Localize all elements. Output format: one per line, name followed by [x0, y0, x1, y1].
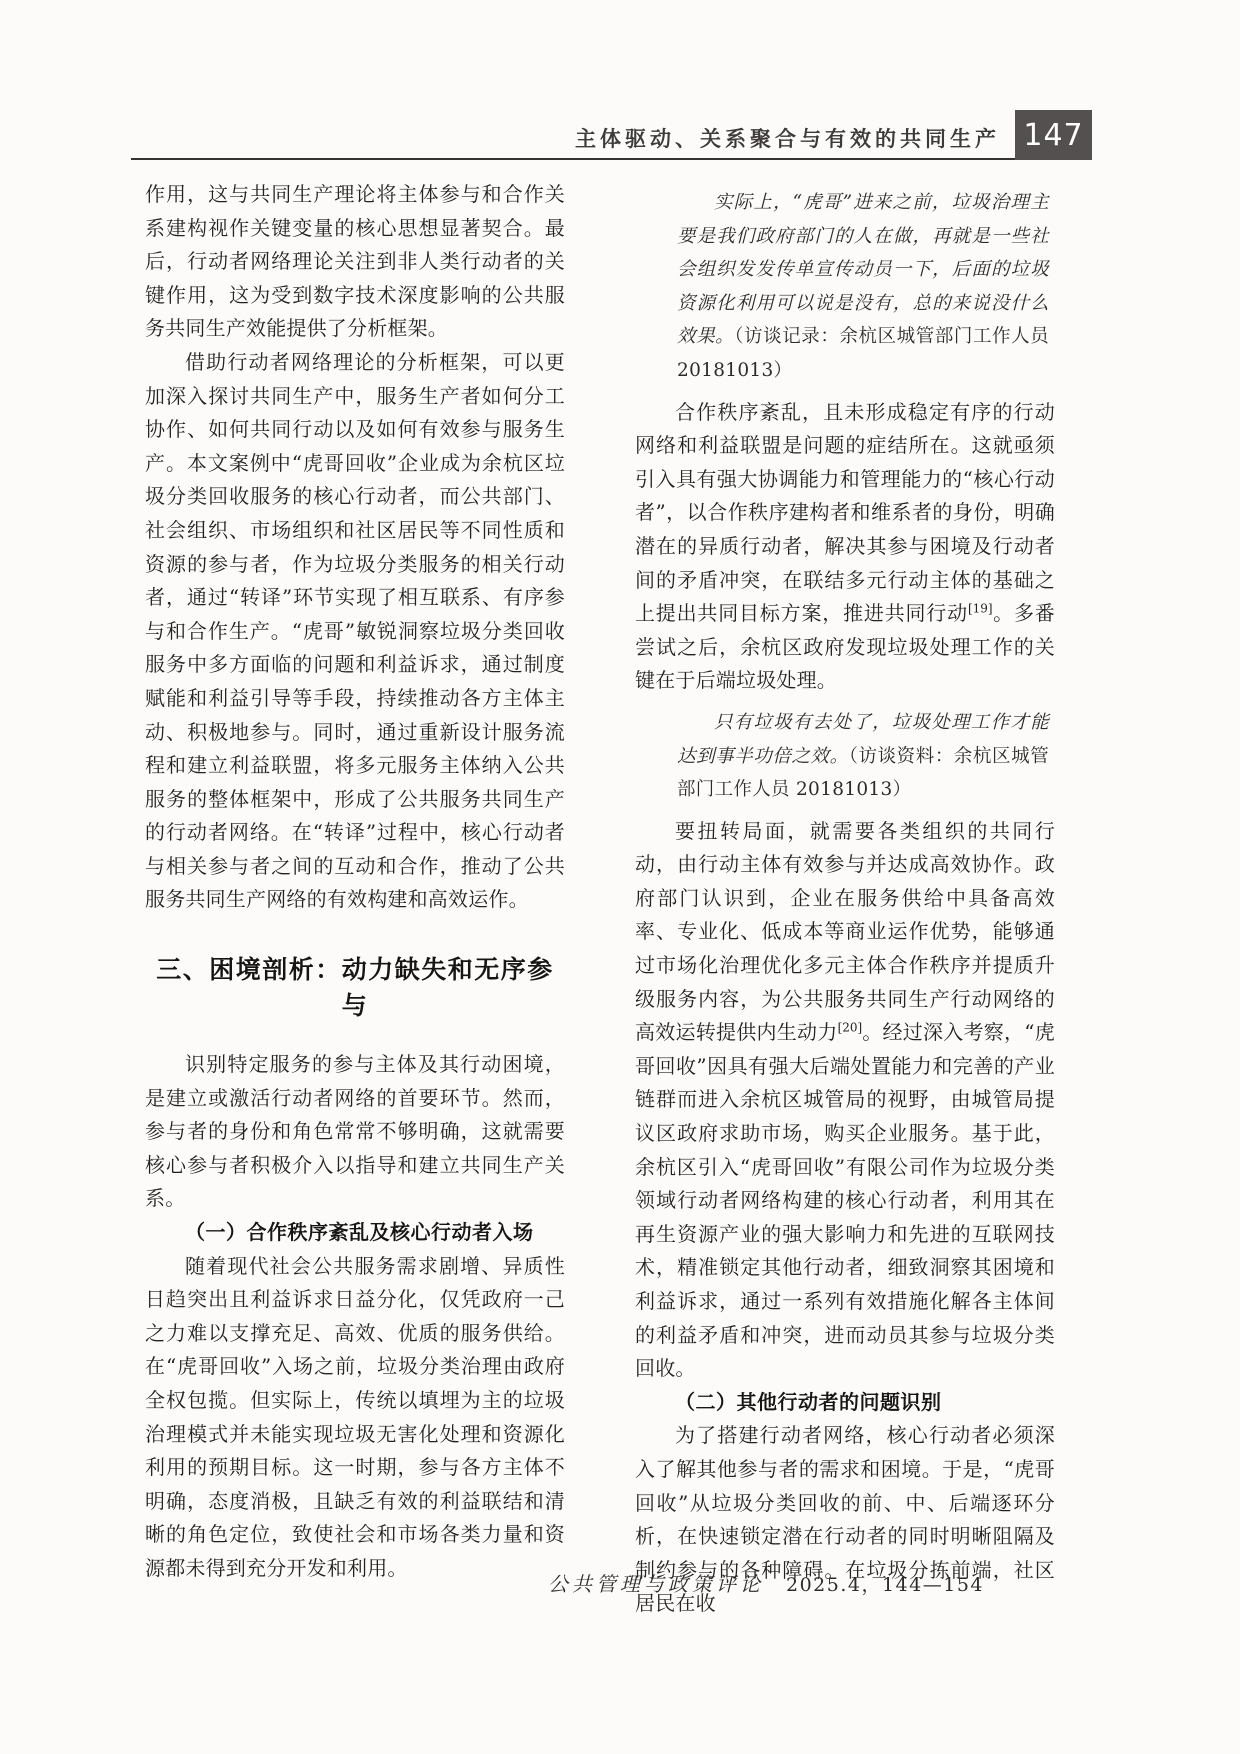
body-paragraph: 合作秩序紊乱，且未形成稳定有序的行动网络和利益联盟是问题的症结所在。这就亟须引入…: [635, 396, 1055, 698]
body-paragraph: 随着现代社会公共服务需求剧增、异质性日趋突出且利益诉求日益分化，仅凭政府一己之力…: [145, 1250, 565, 1586]
subsection-heading: （一）合作秩序紊乱及核心行动者入场: [145, 1216, 565, 1250]
body-paragraph: 借助行动者网络理论的分析框架，可以更加深入探讨共同生产中，服务生产者如何分工协作…: [145, 346, 565, 917]
running-title: 主体驱动、关系聚合与有效的共同生产: [575, 123, 1000, 153]
right-column: 实际上，“虎哥”进来之前，垃圾治理主要是我们政府部门的人在做，再就是一些社会组织…: [635, 178, 1055, 1621]
body-paragraph: 作用，这与共同生产理论将主体参与和合作关系建构视作关键变量的核心思想显著契合。最…: [145, 178, 565, 346]
header-rule: [131, 158, 1016, 160]
issue-pages: 2025.4，144—154: [786, 1574, 984, 1596]
section-heading: 三、困境剖析：动力缺失和无序参与: [145, 950, 565, 1022]
page-header: 主体驱动、关系聚合与有效的共同生产 147: [131, 110, 1092, 162]
article-body: 作用，这与共同生产理论将主体参与和合作关系建构视作关键变量的核心思想显著契合。最…: [145, 178, 1055, 1621]
body-paragraph: 识别特定服务的参与主体及其行动困境，是建立或激活行动者网络的首要环节。然而，参与…: [145, 1048, 565, 1216]
subsection-heading: （二）其他行动者的问题识别: [635, 1386, 1055, 1420]
interview-quote: 只有垃圾有去处了，垃圾处理工作才能达到事半功倍之效。（访谈资料：余杭区城管部门工…: [677, 706, 1049, 807]
journal-page: 主体驱动、关系聚合与有效的共同生产 147 作用，这与共同生产理论将主体参与和合…: [0, 0, 1240, 1754]
left-column: 作用，这与共同生产理论将主体参与和合作关系建构视作关键变量的核心思想显著契合。最…: [145, 178, 565, 1621]
page-number-badge: 147: [1015, 110, 1092, 160]
body-paragraph: 要扭转局面，就需要各类组织的共同行动，由行动主体有效参与并达成高效协作。政府部门…: [635, 815, 1055, 1386]
interview-quote: 实际上，“虎哥”进来之前，垃圾治理主要是我们政府部门的人在做，再就是一些社会组织…: [677, 186, 1049, 388]
page-footer: 公共管理与政策评论2025.4，144—154: [548, 1568, 984, 1597]
journal-name: 公共管理与政策评论: [548, 1572, 764, 1596]
